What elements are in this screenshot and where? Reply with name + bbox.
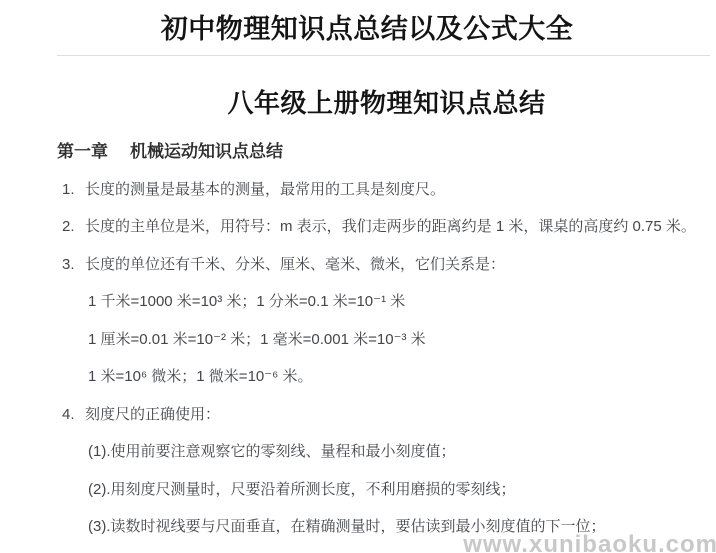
document-page: 初中物理知识点总结以及公式大全 八年级上册物理知识点总结 第一章机械运动知识点总… — [0, 0, 716, 553]
list-item-number: 3. — [62, 246, 85, 284]
document-body: 第一章机械运动知识点总结 1.长度的测量是最基本的测量，最常用的工具是刻度尺。 … — [57, 133, 710, 546]
ruler-usage-line-2: (2).用刻度尺测量时，尺要沿着所测长度，不利用磨损的零刻线； — [57, 471, 710, 509]
list-item-text: 长度的单位还有千米、分米、厘米、毫米、微米，它们关系是： — [85, 256, 505, 273]
title-divider-line — [57, 55, 710, 56]
chapter-number: 第一章 — [57, 142, 108, 161]
list-item-text: 长度的测量是最基本的测量，最常用的工具是刻度尺。 — [85, 181, 445, 198]
list-item-4: 4.刻度尺的正确使用： — [57, 396, 710, 434]
list-item-number: 1. — [62, 171, 85, 209]
section-title: 八年级上册物理知识点总结 — [57, 83, 716, 120]
list-item-3: 3.长度的单位还有千米、分米、厘米、毫米、微米，它们关系是： — [57, 246, 710, 284]
list-item-text: 刻度尺的正确使用： — [85, 406, 220, 423]
list-item-number: 4. — [62, 396, 85, 434]
list-item-2: 2.长度的主单位是米，用符号：m 表示，我们走两步的距离约是 1 米，课桌的高度… — [57, 208, 710, 246]
unit-relation-line-3: 1 米=10⁶ 微米；1 微米=10⁻⁶ 米。 — [57, 358, 710, 396]
unit-relation-line-1: 1 千米=1000 米=10³ 米；1 分米=0.1 米=10⁻¹ 米 — [57, 283, 710, 321]
ruler-usage-line-1: (1).使用前要注意观察它的零刻线、量程和最小刻度值； — [57, 433, 710, 471]
unit-relation-line-2: 1 厘米=0.01 米=10⁻² 米；1 毫米=0.001 米=10⁻³ 米 — [57, 321, 710, 359]
list-item-1: 1.长度的测量是最基本的测量，最常用的工具是刻度尺。 — [57, 171, 710, 209]
document-main-title: 初中物理知识点总结以及公式大全 — [18, 7, 716, 46]
site-watermark: www.xunibaoku.com — [463, 531, 716, 553]
chapter-title: 机械运动知识点总结 — [130, 142, 283, 161]
chapter-heading: 第一章机械运动知识点总结 — [57, 133, 710, 171]
list-item-text: 长度的主单位是米，用符号：m 表示，我们走两步的距离约是 1 米，课桌的高度约 … — [85, 218, 696, 235]
list-item-number: 2. — [62, 208, 85, 246]
